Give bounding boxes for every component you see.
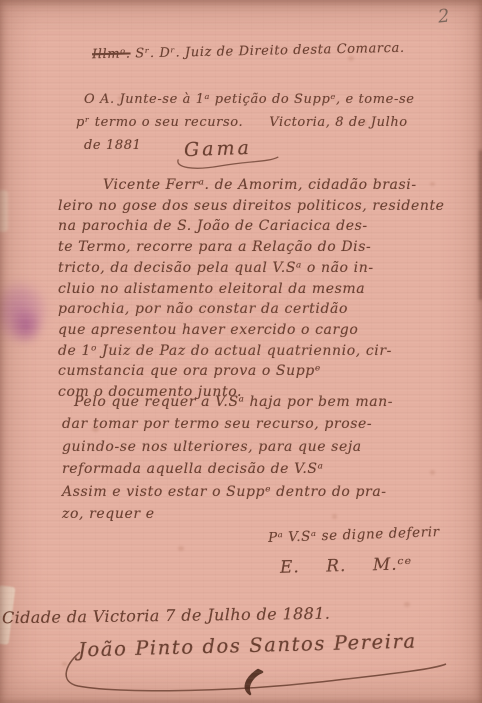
paper-chip-patch — [0, 190, 8, 232]
petition-paragraph-1: Vicente Ferrᵃ. de Amorim, cidadão brasi-… — [58, 175, 445, 403]
addressee-line: Illmᵒ. Sʳ. Dʳ. Juiz de Direito desta Com… — [92, 41, 405, 63]
struck-word: Illmᵒ. — [92, 46, 131, 62]
foxing-spot — [62, 662, 67, 666]
manuscript-line: te Termo, recorre para a Relação do Dis- — [58, 237, 445, 258]
manuscript-line: cluio no alistamento eleitoral da mesma — [58, 279, 445, 300]
manuscript-line: na parochia de S. João de Cariacica des- — [58, 216, 445, 237]
judge-signature-flourish — [172, 152, 283, 174]
despacho-line: pʳ termo o seu recurso.Victoria, 8 de Ju… — [76, 111, 464, 134]
manuscript-line: Assim e visto estar o Suppᵉ dentro do pr… — [62, 481, 393, 503]
manuscript-page: 2 Illmᵒ. Sʳ. Dʳ. Juiz de Direito desta C… — [0, 0, 482, 703]
despacho-block: O A. Junte-se à 1ᵃ petição do Suppᵉ, e t… — [84, 88, 464, 157]
manuscript-line: tricto, da decisão pela qual V.Sᵃ o não … — [58, 258, 445, 279]
closing-request: Pᵃ V.Sᵃ se digne deferir — [268, 524, 440, 546]
manuscript-line: de 1ᵒ Juiz de Paz do actual quatriennio,… — [58, 341, 445, 362]
manuscript-line: Vicente Ferrᵃ. de Amorim, cidadão brasi- — [58, 175, 445, 196]
manuscript-line: leiro no gose dos seus direitos politico… — [58, 196, 445, 217]
addressee-text: Sʳ. Dʳ. Juiz de Direito desta Comarca. — [130, 41, 404, 62]
petition-paragraph-2: Pelo que requer a V.Sᵃ haja por bem man-… — [62, 391, 393, 525]
judge-signature: Gama — [184, 137, 253, 161]
manuscript-line: zo, requer e — [62, 503, 393, 525]
despacho-line-left: pʳ termo o seu recurso. — [76, 115, 243, 130]
page-number: 2 — [437, 5, 451, 27]
closing-formula: E. R. M.ᶜᵉ — [280, 554, 413, 577]
ink-stain-purple-core — [4, 302, 48, 350]
manuscript-line: dar tomar por termo seu recurso, prose- — [62, 413, 393, 435]
manuscript-line: que apresentou haver exercido o cargo — [58, 320, 445, 341]
foxing-spot — [178, 546, 184, 551]
manuscript-line: parochia, por não constar da certidão — [58, 299, 445, 320]
despacho-line: O A. Junte-se à 1ᵃ petição do Suppᵉ, e t… — [84, 88, 464, 111]
foxing-spot — [430, 470, 435, 475]
manuscript-line: Pelo que requer a V.Sᵃ haja por bem man- — [62, 391, 393, 413]
manuscript-line: cumstancia que ora prova o Suppᵉ — [58, 361, 445, 382]
manuscript-line: reformada aquella decisão de V.Sᵃ — [62, 458, 393, 480]
petitioner-signature: João Pinto dos Santos Pereira — [78, 630, 417, 662]
date-line: Cidade da Victoria 7 de Julho de 1881. — [2, 604, 331, 628]
foxing-spot — [404, 602, 410, 607]
despacho-place-date: Victoria, 8 de Julho — [269, 115, 408, 130]
manuscript-line: guindo-se nos ulteriores, para que seja — [62, 436, 393, 458]
